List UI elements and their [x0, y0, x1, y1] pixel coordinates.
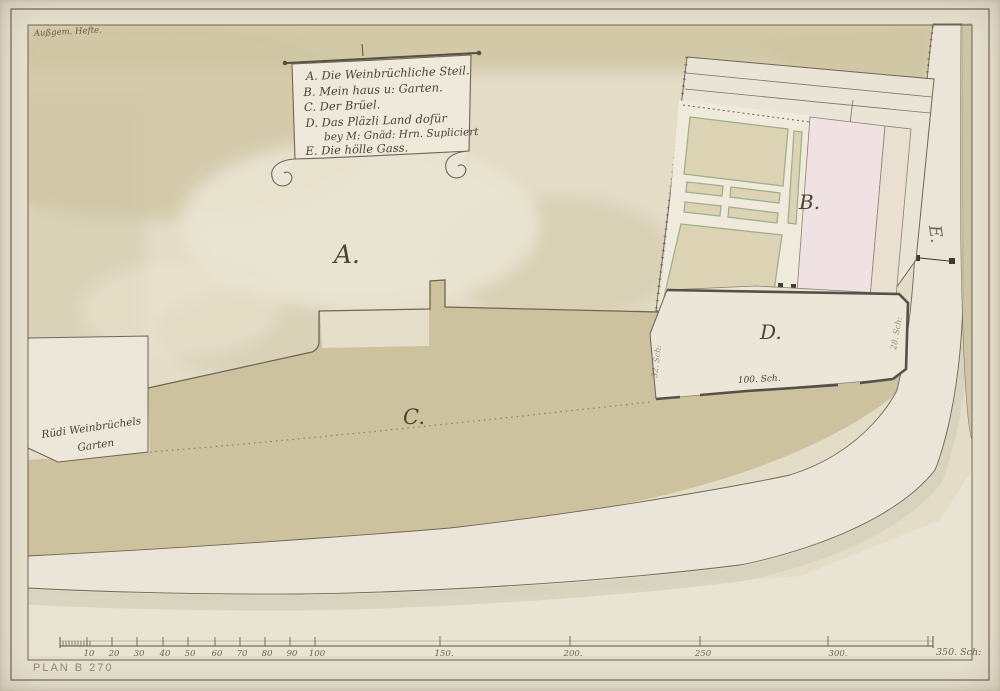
parcel-d: D. 100. Sch. 32. Sch: 28. Sch:	[650, 286, 908, 399]
scale-label-end: 350. Sch:	[936, 647, 981, 658]
scale-label-90: 90	[287, 649, 298, 659]
archive-label: PLAN B 270	[33, 662, 114, 674]
label-area-b: B.	[798, 190, 820, 214]
garden-bed-lower	[664, 224, 782, 297]
map-canvas: Rüdi Weinbrüchels Garten A. C. E.	[0, 0, 1000, 691]
scale-label-70: 70	[237, 649, 248, 659]
plan-sheet: Rüdi Weinbrüchels Garten A. C. E.	[0, 0, 1000, 691]
legend-line-c: C. Der Brüel.	[304, 97, 381, 114]
scale-label-50: 50	[185, 649, 196, 659]
scale-label-40: 40	[159, 649, 171, 659]
garden-bed-upper	[684, 117, 788, 186]
scale-label-30: 30	[134, 649, 145, 659]
scale-label-200: 200.	[563, 649, 583, 659]
label-area-c: C.	[403, 405, 425, 429]
scale-label-10: 10	[84, 649, 95, 659]
scale-label-250: 250	[694, 649, 712, 659]
scale-label-80: 80	[262, 649, 273, 659]
scale-label-60: 60	[212, 649, 223, 659]
scale-label-300: 300.	[829, 649, 848, 659]
parcel-b-complex: B.	[656, 57, 934, 311]
parcel-weinbruechels-garten: Rüdi Weinbrüchels Garten	[28, 336, 148, 462]
scale-label-100: 100	[309, 649, 326, 659]
gate-post-right	[949, 258, 955, 264]
scale-label-20: 20	[108, 649, 120, 659]
scale-label-150: 150.	[435, 649, 454, 659]
cartouche-finial-right	[477, 51, 482, 56]
notch-parcel	[320, 309, 429, 348]
cartouche-finial-left	[283, 61, 288, 66]
label-area-e: E.	[924, 223, 946, 244]
label-area-a: A.	[332, 240, 360, 269]
label-area-d: D.	[759, 320, 782, 344]
